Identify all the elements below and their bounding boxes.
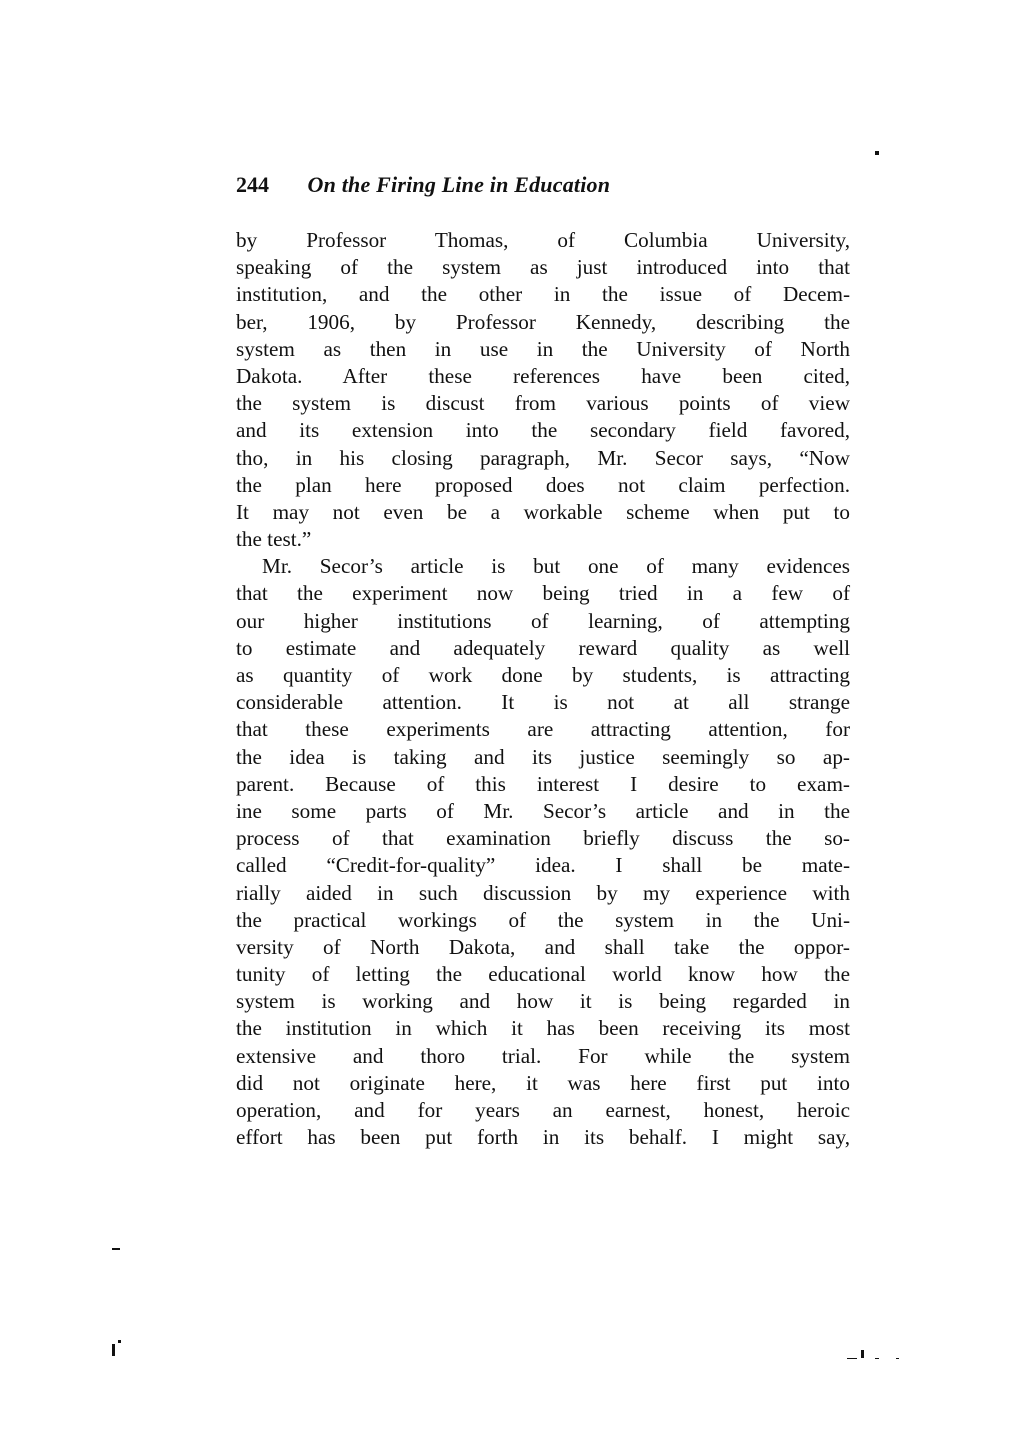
paragraph-2: Mr. Secor’s article is but one of many e… — [236, 553, 850, 1151]
text-line: ine some parts of Mr. Secor’s article an… — [236, 798, 850, 825]
scan-speck — [861, 1350, 864, 1358]
text-line: as quantity of work done by students, is… — [236, 662, 850, 689]
text-line: system as then in use in the University … — [236, 336, 850, 363]
text-line: our higher institutions of learning, of … — [236, 608, 850, 635]
text-line: institution, and the other in the issue … — [236, 281, 850, 308]
paragraph-1: by Professor Thomas, of Columbia Univers… — [236, 227, 850, 553]
body-text: by Professor Thomas, of Columbia Univers… — [236, 227, 850, 1151]
text-line: considerable attention. It is not at all… — [236, 689, 850, 716]
text-line: Dakota. After these references have been… — [236, 363, 850, 390]
text-line: that the experiment now being tried in a… — [236, 580, 850, 607]
text-line: that these experiments are attracting at… — [236, 716, 850, 743]
text-line: ber, 1906, by Professor Kennedy, describ… — [236, 309, 850, 336]
page-number: 244 — [236, 170, 302, 200]
text-line: the test.” — [236, 526, 850, 553]
text-line: operation, and for years an earnest, hon… — [236, 1097, 850, 1124]
text-line: by Professor Thomas, of Columbia Univers… — [236, 227, 850, 254]
scan-speck — [896, 1358, 899, 1359]
scan-speck — [847, 1358, 857, 1359]
text-line: the system is discust from various point… — [236, 390, 850, 417]
running-head: 244 On the Firing Line in Education — [236, 170, 856, 200]
text-line: the idea is taking and its justice seemi… — [236, 744, 850, 771]
text-line: the plan here proposed does not claim pe… — [236, 472, 850, 499]
text-line: process of that examination briefly disc… — [236, 825, 850, 852]
text-line: tunity of letting the educational world … — [236, 961, 850, 988]
scan-speck — [112, 1344, 115, 1356]
text-line: versity of North Dakota, and shall take … — [236, 934, 850, 961]
text-line: speaking of the system as just introduce… — [236, 254, 850, 281]
text-line: It may not even be a workable scheme whe… — [236, 499, 850, 526]
scan-speck — [118, 1340, 121, 1343]
text-line: did not originate here, it was here firs… — [236, 1070, 850, 1097]
text-line: system is working and how it is being re… — [236, 988, 850, 1015]
book-page: 244 On the Firing Line in Education by P… — [0, 0, 1010, 1454]
book-title: On the Firing Line in Education — [308, 170, 611, 200]
text-line: the practical workings of the system in … — [236, 907, 850, 934]
text-line: and its extension into the secondary fie… — [236, 417, 850, 444]
text-line: extensive and thoro trial. For while the… — [236, 1043, 850, 1070]
scan-speck — [875, 1358, 879, 1359]
text-line: tho, in his closing paragraph, Mr. Secor… — [236, 445, 850, 472]
text-line: called “Credit-for-quality” idea. I shal… — [236, 852, 850, 879]
text-line: parent. Because of this interest I desir… — [236, 771, 850, 798]
text-line: to estimate and adequately reward qualit… — [236, 635, 850, 662]
text-line: the institution in which it has been rec… — [236, 1015, 850, 1042]
text-line: rially aided in such discussion by my ex… — [236, 880, 850, 907]
text-line: Mr. Secor’s article is but one of many e… — [236, 553, 850, 580]
text-line: effort has been put forth in its behalf.… — [236, 1124, 850, 1151]
scan-speck — [875, 151, 879, 155]
scan-speck — [112, 1248, 120, 1250]
